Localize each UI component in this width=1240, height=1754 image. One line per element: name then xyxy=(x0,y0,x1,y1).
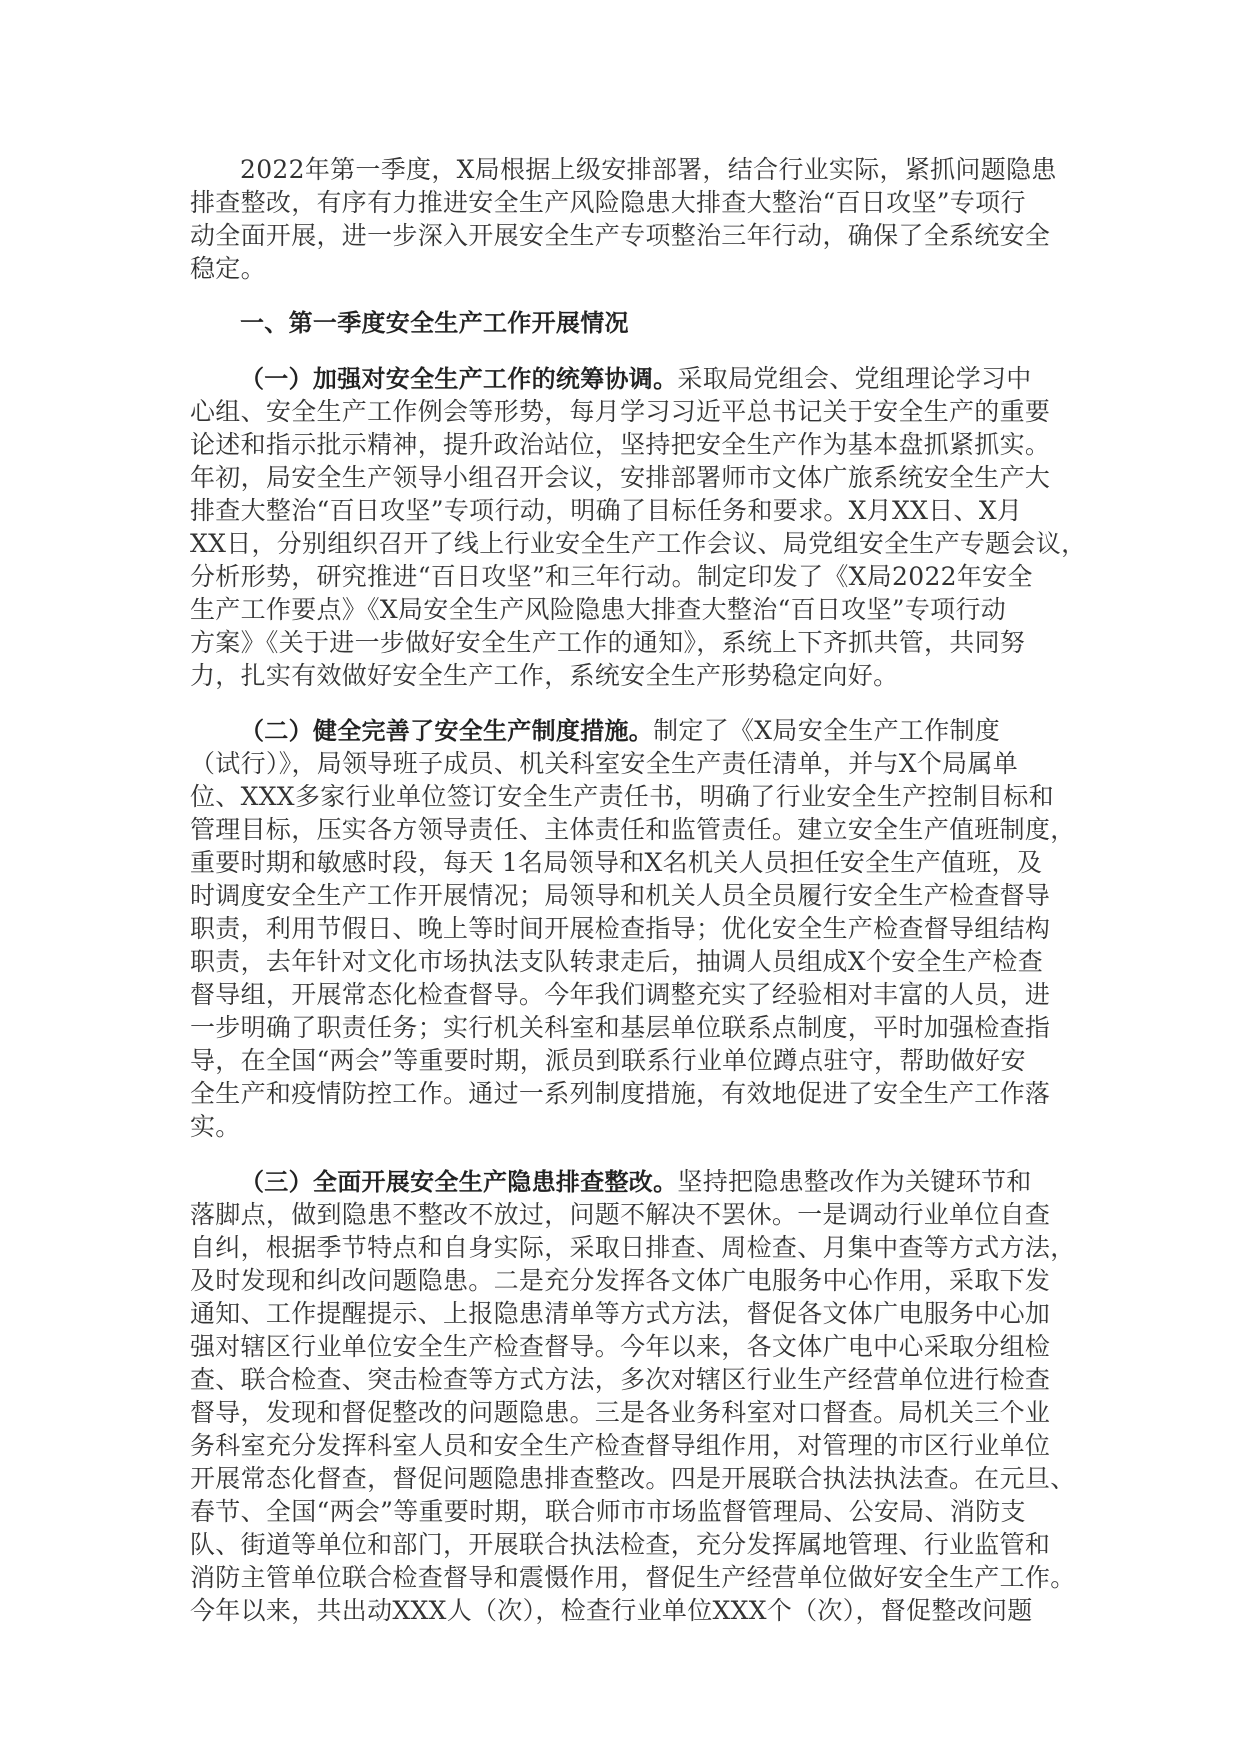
text-line: 务科室充分发挥科室人员和安全生产检查督导组作用，对管理的市区行业单位 xyxy=(190,1429,1040,1462)
text-line: 排查整改，有序有力推进安全生产风险隐患大排查大整治“百日攻坚”专项行 xyxy=(190,186,1040,219)
text-line: 方案》《关于进一步做好安全生产工作的通知》，系统上下齐抓共管，共同努 xyxy=(190,626,1040,659)
item-1-paragraph: （一）加强对安全生产工作的统筹协调。采取局党组会、党组理论学习中 心组、安全生产… xyxy=(190,362,1040,692)
text-line: 稳定。 xyxy=(190,252,1040,285)
text-line: 督导组，开展常态化检查督导。今年我们调整充实了经验相对丰富的人员，进 xyxy=(190,978,1040,1011)
text-line: （三）全面开展安全生产隐患排查整改。坚持把隐患整改作为关键环节和 xyxy=(190,1165,1040,1198)
text-line: 排查大整治“百日攻坚”专项行动，明确了目标任务和要求。X月XX日、X月 xyxy=(190,494,1040,527)
text-line: 春节、全国“两会”等重要时期，联合师市市场监督管理局、公安局、消防支 xyxy=(190,1495,1040,1528)
text-line: 通知、工作提醒提示、上报隐患清单等方式方法，督促各文体广电服务中心加 xyxy=(190,1297,1040,1330)
text-line: 查、联合检查、突击检查等方式方法，多次对辖区行业生产经营单位进行检查 xyxy=(190,1363,1040,1396)
intro-paragraph: 2022年第一季度，X局根据上级安排部署，结合行业实际，紧抓问题隐患 排查整改，… xyxy=(190,153,1040,285)
text-line: 队、街道等单位和部门，开展联合执法检查，充分发挥属地管理、行业监管和 xyxy=(190,1528,1040,1561)
text-line: 心组、安全生产工作例会等形势，每月学习习近平总书记关于安全生产的重要 xyxy=(190,395,1040,428)
text-line: 重要时期和敏感时段，每天 1名局领导和X名机关人员担任安全生产值班，及 xyxy=(190,846,1040,879)
text-line: 开展常态化督查，督促问题隐患排查整改。四是开展联合执法执法查。在元旦、 xyxy=(190,1462,1040,1495)
item-1-first-line: 采取局党组会、党组理论学习中 xyxy=(677,364,1031,393)
text-line: XX日，分别组织召开了线上行业安全生产工作会议、局党组安全生产专题会议， xyxy=(190,527,1040,560)
text-line: （一）加强对安全生产工作的统筹协调。采取局党组会、党组理论学习中 xyxy=(190,362,1040,395)
text-line: 位、XXX多家行业单位签订安全生产责任书，明确了行业安全生产控制目标和 xyxy=(190,780,1040,813)
text-line: 落脚点，做到隐患不整改不放过，问题不解决不罢休。一是调动行业单位自查 xyxy=(190,1198,1040,1231)
text-line: （二）健全完善了安全生产制度措施。制定了《X局安全生产工作制度 xyxy=(190,714,1040,747)
text-line: 生产工作要点》《X局安全生产风险隐患大排查大整治“百日攻坚”专项行动 xyxy=(190,593,1040,626)
text-line: 年初，局安全生产领导小组召开会议，安排部署师市文体广旅系统安全生产大 xyxy=(190,461,1040,494)
text-line: 督导，发现和督促整改的问题隐患。三是各业务科室对口督查。局机关三个业 xyxy=(190,1396,1040,1429)
text-line: 一步明确了职责任务；实行机关科室和基层单位联系点制度，平时加强检查指 xyxy=(190,1011,1040,1044)
text-line: 职责，去年针对文化市场执法支队转隶走后，抽调人员组成X个安全生产检查 xyxy=(190,945,1040,978)
text-line: 导，在全国“两会”等重要时期，派员到联系行业单位蹲点驻守，帮助做好安 xyxy=(190,1044,1040,1077)
text-line: 职责，利用节假日、晚上等时间开展检查指导；优化安全生产检查督导组结构 xyxy=(190,912,1040,945)
text-line: 分析形势，研究推进“百日攻坚”和三年行动。制定印发了《X局2022年安全 xyxy=(190,560,1040,593)
section-1-heading: 一、第一季度安全生产工作开展情况 xyxy=(190,307,1040,340)
text-line: 及时发现和纠改问题隐患。二是充分发挥各文体广电服务中心作用，采取下发 xyxy=(190,1264,1040,1297)
text-line: 管理目标，压实各方领导责任、主体责任和监管责任。建立安全生产值班制度， xyxy=(190,813,1040,846)
text-line: 实。 xyxy=(190,1110,1040,1143)
document-page: 2022年第一季度，X局根据上级安排部署，结合行业实际，紧抓问题隐患 排查整改，… xyxy=(190,153,1040,1627)
section-heading: 一、第一季度安全生产工作开展情况 xyxy=(190,307,1040,340)
item-1-title: （一）加强对安全生产工作的统筹协调。 xyxy=(240,365,677,393)
text-line: 力，扎实有效做好安全生产工作，系统安全生产形势稳定向好。 xyxy=(190,659,1040,692)
item-2-first-line: 制定了《X局安全生产工作制度 xyxy=(653,716,1000,745)
text-line: 动全面开展，进一步深入开展安全生产专项整治三年行动，确保了全系统安全 xyxy=(190,219,1040,252)
text-line: 今年以来，共出动XXX人（次），检查行业单位XXX个（次），督促整改问题 xyxy=(190,1594,1040,1627)
item-3-paragraph: （三）全面开展安全生产隐患排查整改。坚持把隐患整改作为关键环节和 落脚点，做到隐… xyxy=(190,1165,1040,1627)
text-line: 时调度安全生产工作开展情况；局领导和机关人员全员履行安全生产检查督导 xyxy=(190,879,1040,912)
text-line: 全生产和疫情防控工作。通过一系列制度措施，有效地促进了安全生产工作落 xyxy=(190,1077,1040,1110)
item-2-title: （二）健全完善了安全生产制度措施。 xyxy=(240,717,653,745)
text-line: 自纠，根据季节特点和自身实际，采取日排查、周检查、月集中查等方式方法， xyxy=(190,1231,1040,1264)
text-line: 强对辖区行业单位安全生产检查督导。今年以来，各文体广电中心采取分组检 xyxy=(190,1330,1040,1363)
text-line: （试行）》，局领导班子成员、机关科室安全生产责任清单，并与X个局属单 xyxy=(190,747,1040,780)
text-line: 论述和指示批示精神，提升政治站位，坚持把安全生产作为基本盘抓紧抓实。 xyxy=(190,428,1040,461)
text-line: 2022年第一季度，X局根据上级安排部署，结合行业实际，紧抓问题隐患 xyxy=(190,153,1040,186)
item-3-first-line: 坚持把隐患整改作为关键环节和 xyxy=(677,1167,1031,1196)
item-2-paragraph: （二）健全完善了安全生产制度措施。制定了《X局安全生产工作制度 （试行）》，局领… xyxy=(190,714,1040,1143)
text-line: 消防主管单位联合检查督导和震慑作用，督促生产经营单位做好安全生产工作。 xyxy=(190,1561,1040,1594)
item-3-title: （三）全面开展安全生产隐患排查整改。 xyxy=(240,1168,677,1196)
